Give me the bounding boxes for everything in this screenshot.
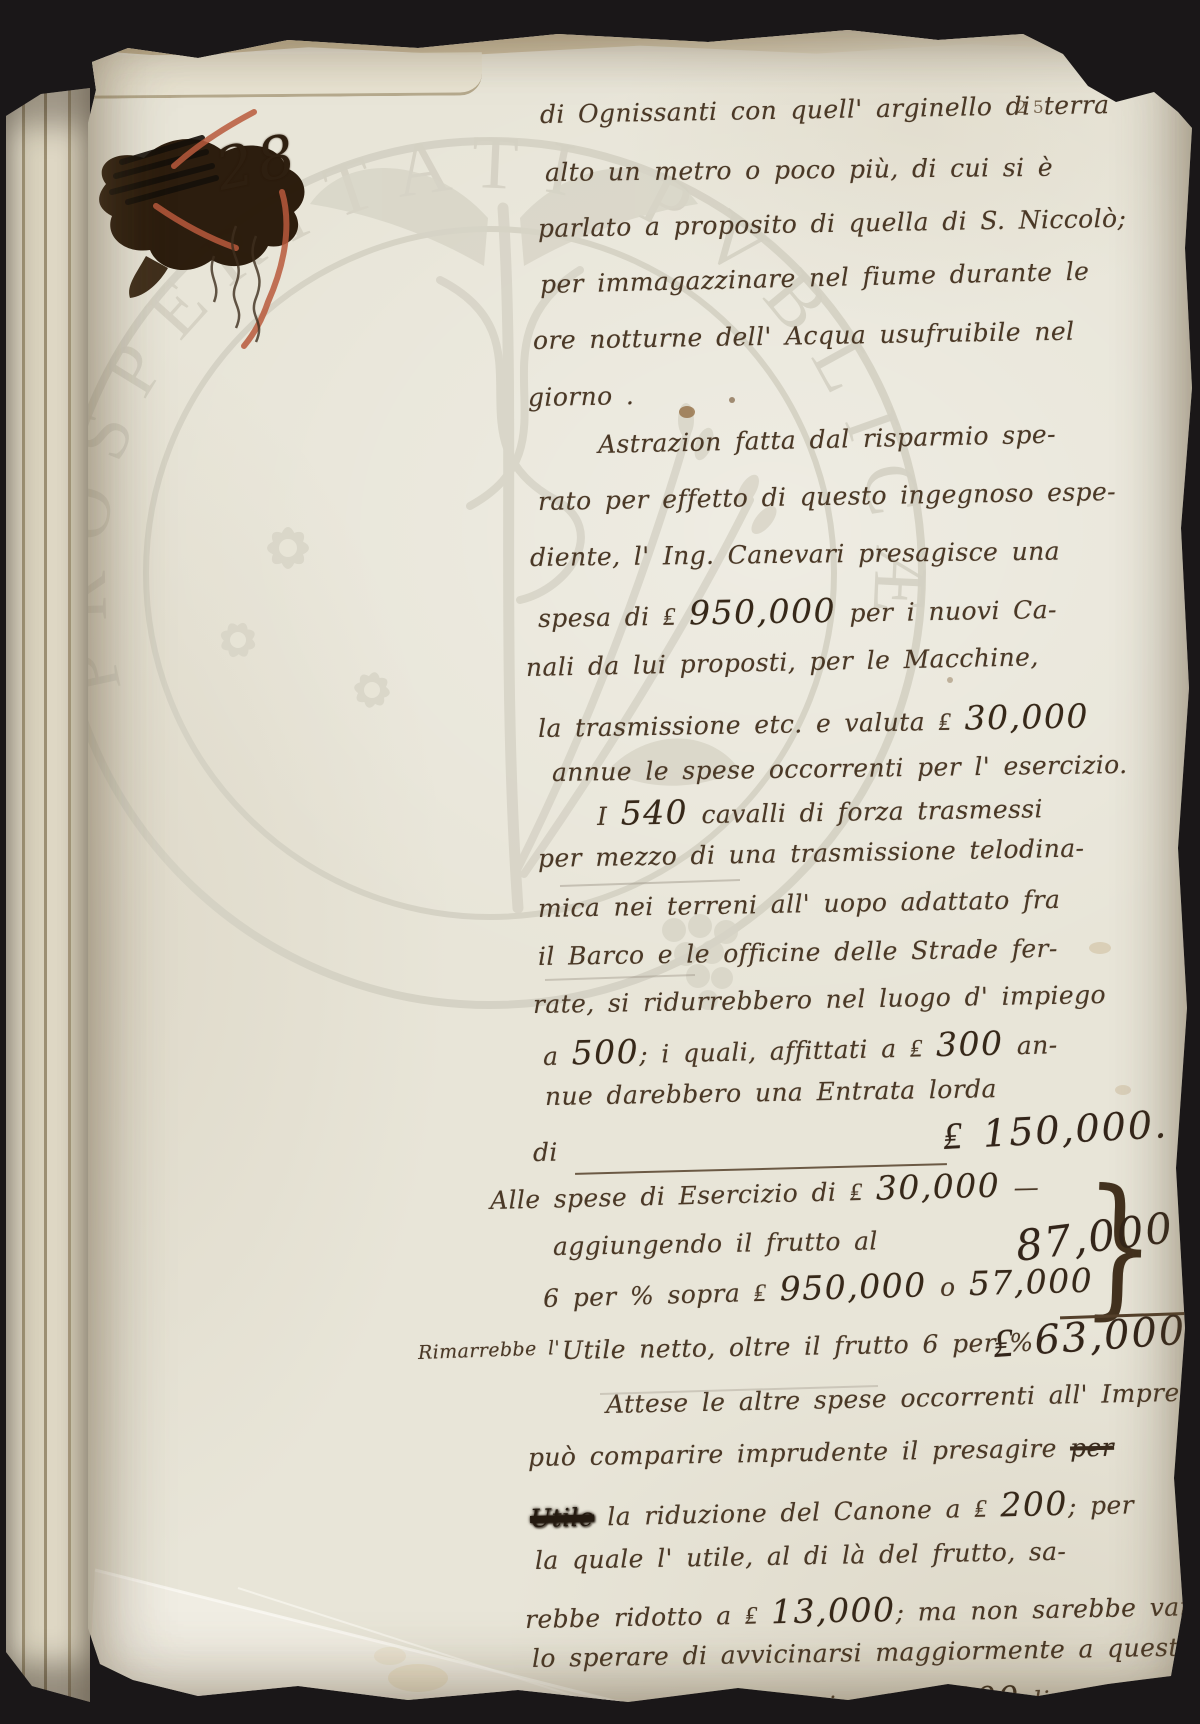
book-photo: PROSPERITATI PVBLICÆ (0, 0, 1200, 1724)
manuscript-line: a 500; i quali, affittati a ₤ 300 an- (543, 1022, 1058, 1073)
manuscript-line: parlato a proposito di quella di S. Nicc… (538, 204, 1127, 243)
line-text: rebbe ridotto a ₤ (525, 1600, 772, 1634)
amount: 30,000 (875, 1166, 1000, 1208)
amount: 950,000 (689, 591, 837, 633)
manuscript-line: spesa di ₤ 950,000 per i nuovi Ca- (538, 587, 1057, 635)
amount-net-profit: ₤ 63,000 (991, 1307, 1187, 1367)
manuscript-line: nali da lui proposti, per le Macchine, (526, 642, 1039, 682)
line-text: la trasmissione etc. e valuta ₤ (538, 707, 965, 743)
line-text: an- (1003, 1030, 1058, 1060)
line-text: ; ma non sarebbe vano (895, 1592, 1200, 1627)
manuscript-line: minimum che al maximum di 300 lire (542, 1677, 1078, 1724)
pen-flourishes (212, 226, 260, 342)
amount: 950,000 (779, 1265, 927, 1308)
manuscript-line: nue darebbero una Entrata lorda (545, 1074, 997, 1111)
manuscript-line: annue le spese occorrenti per l' eserciz… (552, 750, 1128, 787)
manuscript-page: PROSPERITATI PVBLICÆ (88, 28, 1192, 1704)
line-text: I (597, 802, 621, 831)
manuscript-line: rate, si ridurrebbero nel luogo d' impie… (533, 980, 1106, 1019)
manuscript-line: la quale l' utile, al di là del frutto, … (535, 1537, 1067, 1575)
manuscript-line: il Barco e le officine delle Strade fer- (538, 934, 1058, 971)
manuscript-line: rebbe ridotto a ₤ 13,000; ma non sarebbe… (525, 1584, 1200, 1636)
line-text: Alle spese di Esercizio di ₤ (490, 1177, 877, 1215)
pen-strikes (112, 138, 216, 202)
manuscript-line: rato per effetto di questo ingegnoso esp… (538, 477, 1116, 516)
page-stack-edges (6, 86, 90, 1702)
manuscript-line: di Ognissanti con quell' arginello di te… (540, 90, 1110, 129)
margin-note: Rimarrebbe l' (418, 1337, 561, 1364)
line-text: spesa di ₤ (538, 601, 690, 633)
amount-gross-income: ₤ 150,000. (942, 1102, 1169, 1159)
manuscript-line: Attese le altre spese occorrenti all' Im… (606, 1377, 1200, 1419)
manuscript-line: di (533, 1138, 558, 1167)
line-text: a (543, 1041, 572, 1071)
blotted-word: Utile (530, 1503, 595, 1533)
manuscript-line: Utile netto, oltre il frutto 6 per % (562, 1328, 1034, 1365)
manuscript-line: per immagazzinare nel fiume durante le (540, 257, 1090, 299)
line-text: 6 per % sopra ₤ (543, 1277, 781, 1313)
manuscript-line: lo sperare di avvicinarsi maggiormente a… (532, 1632, 1195, 1673)
line-text: cavalli di forza trasmessi (688, 794, 1043, 829)
line-text: per i nuovi Ca- (836, 595, 1057, 628)
manuscript-line: diente, l' Ing. Canevari presagisce una (530, 537, 1060, 572)
amount: 500 (571, 1032, 639, 1073)
manuscript-line: la trasmissione etc. e valuta ₤ 30,000 (538, 696, 1090, 745)
line-text: la riduzione del Canone a ₤ (594, 1493, 1001, 1531)
manuscript-line: mica nei terreni all' uopo adattato fra (538, 885, 1061, 923)
amount: 300 (936, 1024, 1004, 1065)
manuscript-line: Utile la riduzione del Canone a ₤ 200; p… (530, 1482, 1135, 1535)
manuscript-line: Alle spese di Esercizio di ₤ 30,000 — (490, 1165, 1040, 1217)
amount: 300 (952, 1678, 1020, 1719)
line-text: — (1000, 1173, 1039, 1203)
line-text: minimum che al maximum di (542, 1688, 953, 1724)
manuscript-line: I 540 cavalli di forza trasmessi (597, 786, 1043, 833)
struck-word: per (1070, 1433, 1114, 1463)
line-text: o (926, 1272, 969, 1302)
manuscript-line: per mezzo di una trasmissione telodina- (538, 834, 1085, 873)
amount: 30,000 (964, 696, 1089, 737)
amount: 540 (620, 792, 688, 832)
manuscript-line: Astrazion fatta dal risparmio spe- (598, 420, 1057, 459)
line-text: ; per (1068, 1490, 1135, 1520)
manuscript-line: aggiungendo il frutto al (553, 1226, 878, 1261)
manuscript-line: alto un metro o poco più, di cui si è (545, 153, 1053, 187)
line-text: lire (1020, 1685, 1078, 1715)
line-text: ; i quali, affittati a ₤ (639, 1033, 936, 1069)
underlying-sheet-edge (90, 52, 482, 98)
line-text: può comparire imprudente il presagire (528, 1434, 1071, 1472)
amount: 200 (1000, 1484, 1068, 1525)
manuscript-line: può comparire imprudente il presagire pe… (528, 1433, 1115, 1472)
manuscript-line: giorno . (528, 381, 635, 412)
amount: 13,000 (771, 1590, 896, 1631)
manuscript-line: 6 per % sopra ₤ 950,000 o 57,000 (542, 1261, 1093, 1315)
manuscript-line: ore notturne dell' Acqua usufruibile nel (533, 317, 1075, 355)
folio-number: 28 (210, 120, 306, 204)
